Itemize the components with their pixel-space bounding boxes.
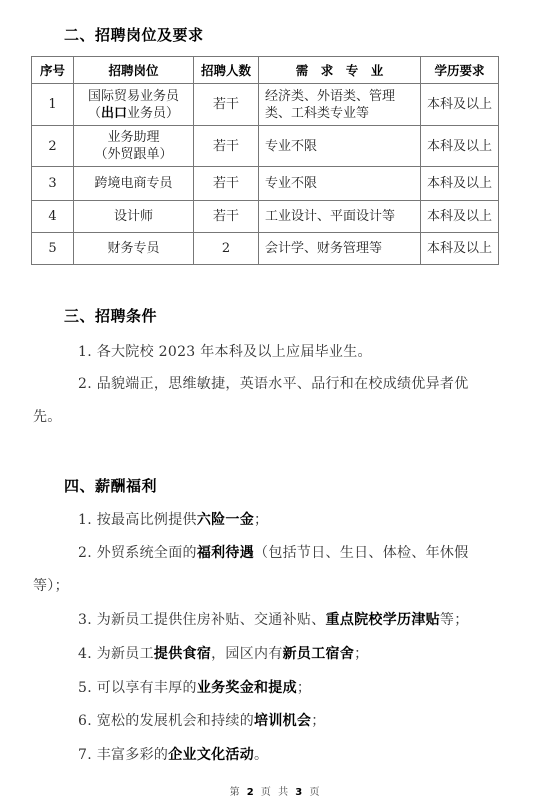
table-row: 5 财务专员 2 会计学、财务管理等 本科及以上 bbox=[32, 233, 499, 265]
header-no: 序号 bbox=[32, 57, 74, 84]
cell-no: 3 bbox=[32, 167, 74, 201]
cell-major: 会计学、财务管理等 bbox=[259, 233, 421, 265]
position-line2: （出口业务员） bbox=[77, 105, 190, 122]
text: ； bbox=[254, 512, 268, 528]
text: 4. 为新员工 bbox=[78, 646, 154, 662]
text: ； bbox=[354, 646, 368, 662]
bold-text: 六险一金 bbox=[197, 512, 254, 528]
text: 5. 可以享有丰厚的 bbox=[78, 680, 197, 696]
benefit-item-2: 2. 外贸系统全面的福利待遇（包括节日、生日、体检、年休假 bbox=[78, 542, 469, 562]
header-count: 招聘人数 bbox=[194, 57, 259, 84]
section-heading-benefits: 四、薪酬福利 bbox=[64, 475, 157, 496]
bold-text: 福利待遇 bbox=[197, 545, 254, 561]
benefit-item-4: 4. 为新员工提供食宿，园区内有新员工宿舍； bbox=[78, 643, 368, 663]
cell-no: 2 bbox=[32, 126, 74, 167]
cell-no: 1 bbox=[32, 84, 74, 126]
text: 1. 按最高比例提供 bbox=[78, 512, 197, 528]
cell-major: 专业不限 bbox=[259, 126, 421, 167]
condition-item-2-cont: 先。 bbox=[33, 406, 62, 426]
text: 2. 外贸系统全面的 bbox=[78, 545, 197, 561]
text: 6. 宽松的发展机会和持续的 bbox=[78, 713, 254, 729]
position-line1: 业务助理 bbox=[77, 129, 190, 146]
text: （包括节日、生日、体检、年休假 bbox=[254, 545, 469, 561]
positions-table: 序号 招聘岗位 招聘人数 需 求 专 业 学历要求 1 国际贸易业务员 （出口业… bbox=[31, 56, 499, 265]
header-major: 需 求 专 业 bbox=[259, 57, 421, 84]
page-footer: 第 2 页 共 3 页 bbox=[0, 783, 551, 798]
text: 第 bbox=[230, 787, 242, 798]
paren-open: （ bbox=[88, 106, 101, 121]
cell-count: 若干 bbox=[194, 201, 259, 233]
cell-position: 财务专员 bbox=[74, 233, 194, 265]
condition-item-1: 1. 各大院校 2023 年本科及以上应届毕业生。 bbox=[78, 341, 372, 361]
bold-text: 培训机会 bbox=[254, 713, 311, 729]
position-line2: （外贸跟单） bbox=[77, 146, 190, 163]
cell-major: 专业不限 bbox=[259, 167, 421, 201]
cell-education: 本科及以上 bbox=[421, 126, 499, 167]
benefit-item-6: 6. 宽松的发展机会和持续的培训机会； bbox=[78, 710, 326, 730]
cell-position: 跨境电商专员 bbox=[74, 167, 194, 201]
header-education: 学历要求 bbox=[421, 57, 499, 84]
text: ； bbox=[311, 713, 325, 729]
section-heading-conditions: 三、招聘条件 bbox=[64, 305, 157, 326]
benefit-item-5: 5. 可以享有丰厚的业务奖金和提成； bbox=[78, 677, 311, 697]
table-row: 1 国际贸易业务员 （出口业务员） 若干 经济类、外语类、管理类、工科类专业等 … bbox=[32, 84, 499, 126]
cell-count: 若干 bbox=[194, 84, 259, 126]
text: 页 共 bbox=[261, 787, 290, 798]
table-row: 3 跨境电商专员 若干 专业不限 本科及以上 bbox=[32, 167, 499, 201]
page-total: 3 bbox=[295, 787, 304, 798]
text: 等； bbox=[440, 612, 469, 628]
bold-text: 业务奖金和提成 bbox=[197, 680, 297, 696]
cell-position: 业务助理 （外贸跟单） bbox=[74, 126, 194, 167]
bold-text: 提供食宿 bbox=[154, 646, 211, 662]
bold-text: 重点院校学历津贴 bbox=[326, 612, 440, 628]
section-heading-positions: 二、招聘岗位及要求 bbox=[64, 24, 204, 45]
text: ； bbox=[297, 680, 311, 696]
text: 7. 丰富多彩的 bbox=[78, 747, 168, 763]
cell-education: 本科及以上 bbox=[421, 84, 499, 126]
text: ，园区内有 bbox=[211, 646, 283, 662]
table-header-row: 序号 招聘岗位 招聘人数 需 求 专 业 学历要求 bbox=[32, 57, 499, 84]
header-position: 招聘岗位 bbox=[74, 57, 194, 84]
benefit-item-7: 7. 丰富多彩的企业文化活动。 bbox=[78, 744, 268, 764]
cell-count: 2 bbox=[194, 233, 259, 265]
text: 页 bbox=[309, 787, 321, 798]
cell-education: 本科及以上 bbox=[421, 201, 499, 233]
cell-major: 工业设计、平面设计等 bbox=[259, 201, 421, 233]
text: 3. 为新员工提供住房补贴、交通补贴、 bbox=[78, 612, 326, 628]
bold-text: 新员工宿舍 bbox=[283, 646, 355, 662]
bold-text: 出口 bbox=[101, 106, 127, 121]
page-number: 2 bbox=[247, 787, 256, 798]
cell-position: 国际贸易业务员 （出口业务员） bbox=[74, 84, 194, 126]
cell-education: 本科及以上 bbox=[421, 233, 499, 265]
table-row: 4 设计师 若干 工业设计、平面设计等 本科及以上 bbox=[32, 201, 499, 233]
benefit-item-3: 3. 为新员工提供住房补贴、交通补贴、重点院校学历津贴等； bbox=[78, 609, 469, 629]
cell-no: 4 bbox=[32, 201, 74, 233]
position-line2-rest: 业务员） bbox=[127, 106, 179, 121]
table-row: 2 业务助理 （外贸跟单） 若干 专业不限 本科及以上 bbox=[32, 126, 499, 167]
benefit-item-2-cont: 等）； bbox=[33, 575, 69, 595]
cell-count: 若干 bbox=[194, 167, 259, 201]
cell-education: 本科及以上 bbox=[421, 167, 499, 201]
cell-no: 5 bbox=[32, 233, 74, 265]
bold-text: 企业文化活动 bbox=[168, 747, 254, 763]
condition-item-2: 2. 品貌端正，思维敏捷，英语水平、品行和在校成绩优异者优 bbox=[78, 373, 469, 393]
cell-position: 设计师 bbox=[74, 201, 194, 233]
text: 。 bbox=[254, 747, 268, 763]
cell-count: 若干 bbox=[194, 126, 259, 167]
position-line1: 国际贸易业务员 bbox=[77, 88, 190, 105]
benefit-item-1: 1. 按最高比例提供六险一金； bbox=[78, 509, 268, 529]
cell-major: 经济类、外语类、管理类、工科类专业等 bbox=[259, 84, 421, 126]
